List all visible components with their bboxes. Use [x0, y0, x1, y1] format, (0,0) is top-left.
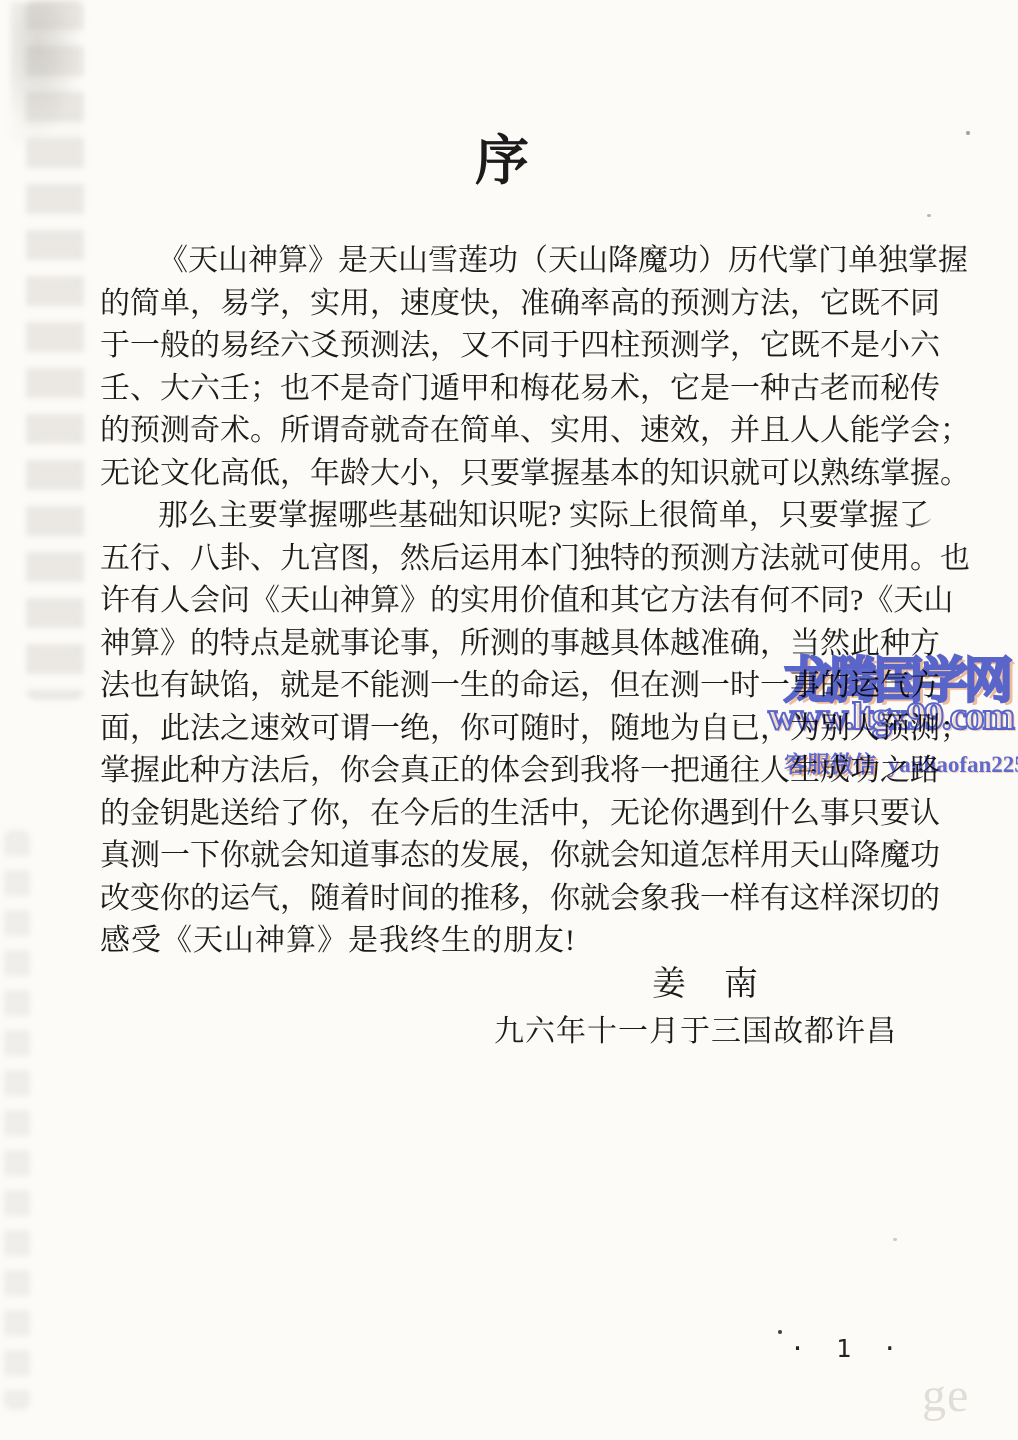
left-edge-bleedthrough-artifact: [26, 0, 84, 700]
text-line: 改变你的运气，随着时间的推移，你就会象我一样有这样深切的: [100, 878, 906, 921]
text-line: 于一般的易经六爻预测法，又不同于四柱预测学，它既不是小六: [100, 325, 906, 368]
page-number: · 1 ·: [790, 1334, 905, 1363]
preface-body: 《天山神算》是天山雪莲功（天山降魔功）历代掌门单独掌握 的简单，易学，实用，速度…: [100, 240, 906, 963]
text-line: 许有人会问《天山神算》的实用价值和其它方法有何不同?《天山: [100, 580, 906, 623]
text-line: 无论文化高低，年龄大小，只要掌握基本的知识就可以熟练掌握。: [100, 453, 906, 496]
text-line: 壬、大六壬；也不是奇门遁甲和梅花易术，它是一种古老而秘传: [100, 368, 906, 411]
text-line: 五行、八卦、九宫图，然后运用本门独特的预测方法就可使用。也: [100, 538, 906, 581]
left-edge-bleedthrough-artifact: [10, 2, 80, 142]
dateline: 九六年十一月于三国故都许昌: [100, 1006, 897, 1050]
text-line: 面，此法之速效可谓一绝，你可随时，随地为自已，为别人预测；: [100, 708, 906, 751]
scanned-book-page: 序 《天山神算》是天山雪莲功（天山降魔功）历代掌门单独掌握 的简单，易学，实用，…: [0, 0, 1018, 1440]
author-signature: 姜 南: [100, 956, 760, 1005]
scan-speck: [893, 1238, 897, 1241]
text-line: 《天山神算》是天山雪莲功（天山降魔功）历代掌门单独掌握: [100, 240, 906, 283]
text-line: 那么主要掌握哪些基础知识呢? 实际上很简单，只要掌握了: [100, 495, 906, 538]
text-line: 神算》的特点是就事论事，所测的事越具体越准确，当然此种方: [100, 623, 906, 666]
scan-speck: [966, 131, 970, 135]
text-line: 法也有缺馅，就是不能测一生的命运，但在测一时一事的运气方: [100, 665, 906, 708]
left-edge-bleedthrough-artifact: [4, 830, 30, 1410]
text-line: 的预测奇术。所谓奇就奇在简单、实用、速效，并且人人能学会；: [100, 410, 906, 453]
scan-speck: [927, 214, 931, 217]
page-title: 序: [100, 118, 906, 195]
text-line: 掌握此种方法后，你会真正的体会到我将一把通往人生成功之路: [100, 750, 906, 793]
corner-watermark-fragment: ge: [922, 1368, 969, 1423]
text-line: 的简单，易学，实用，速度快，准确率高的预测方法，它既不同: [100, 283, 906, 326]
text-line: 真测一下你就会知道事态的发展，你就会知道怎样用天山降魔功: [100, 835, 906, 878]
text-line: 的金钥匙送给了你，在今后的生活中，无论你遇到什么事只要认: [100, 793, 906, 836]
